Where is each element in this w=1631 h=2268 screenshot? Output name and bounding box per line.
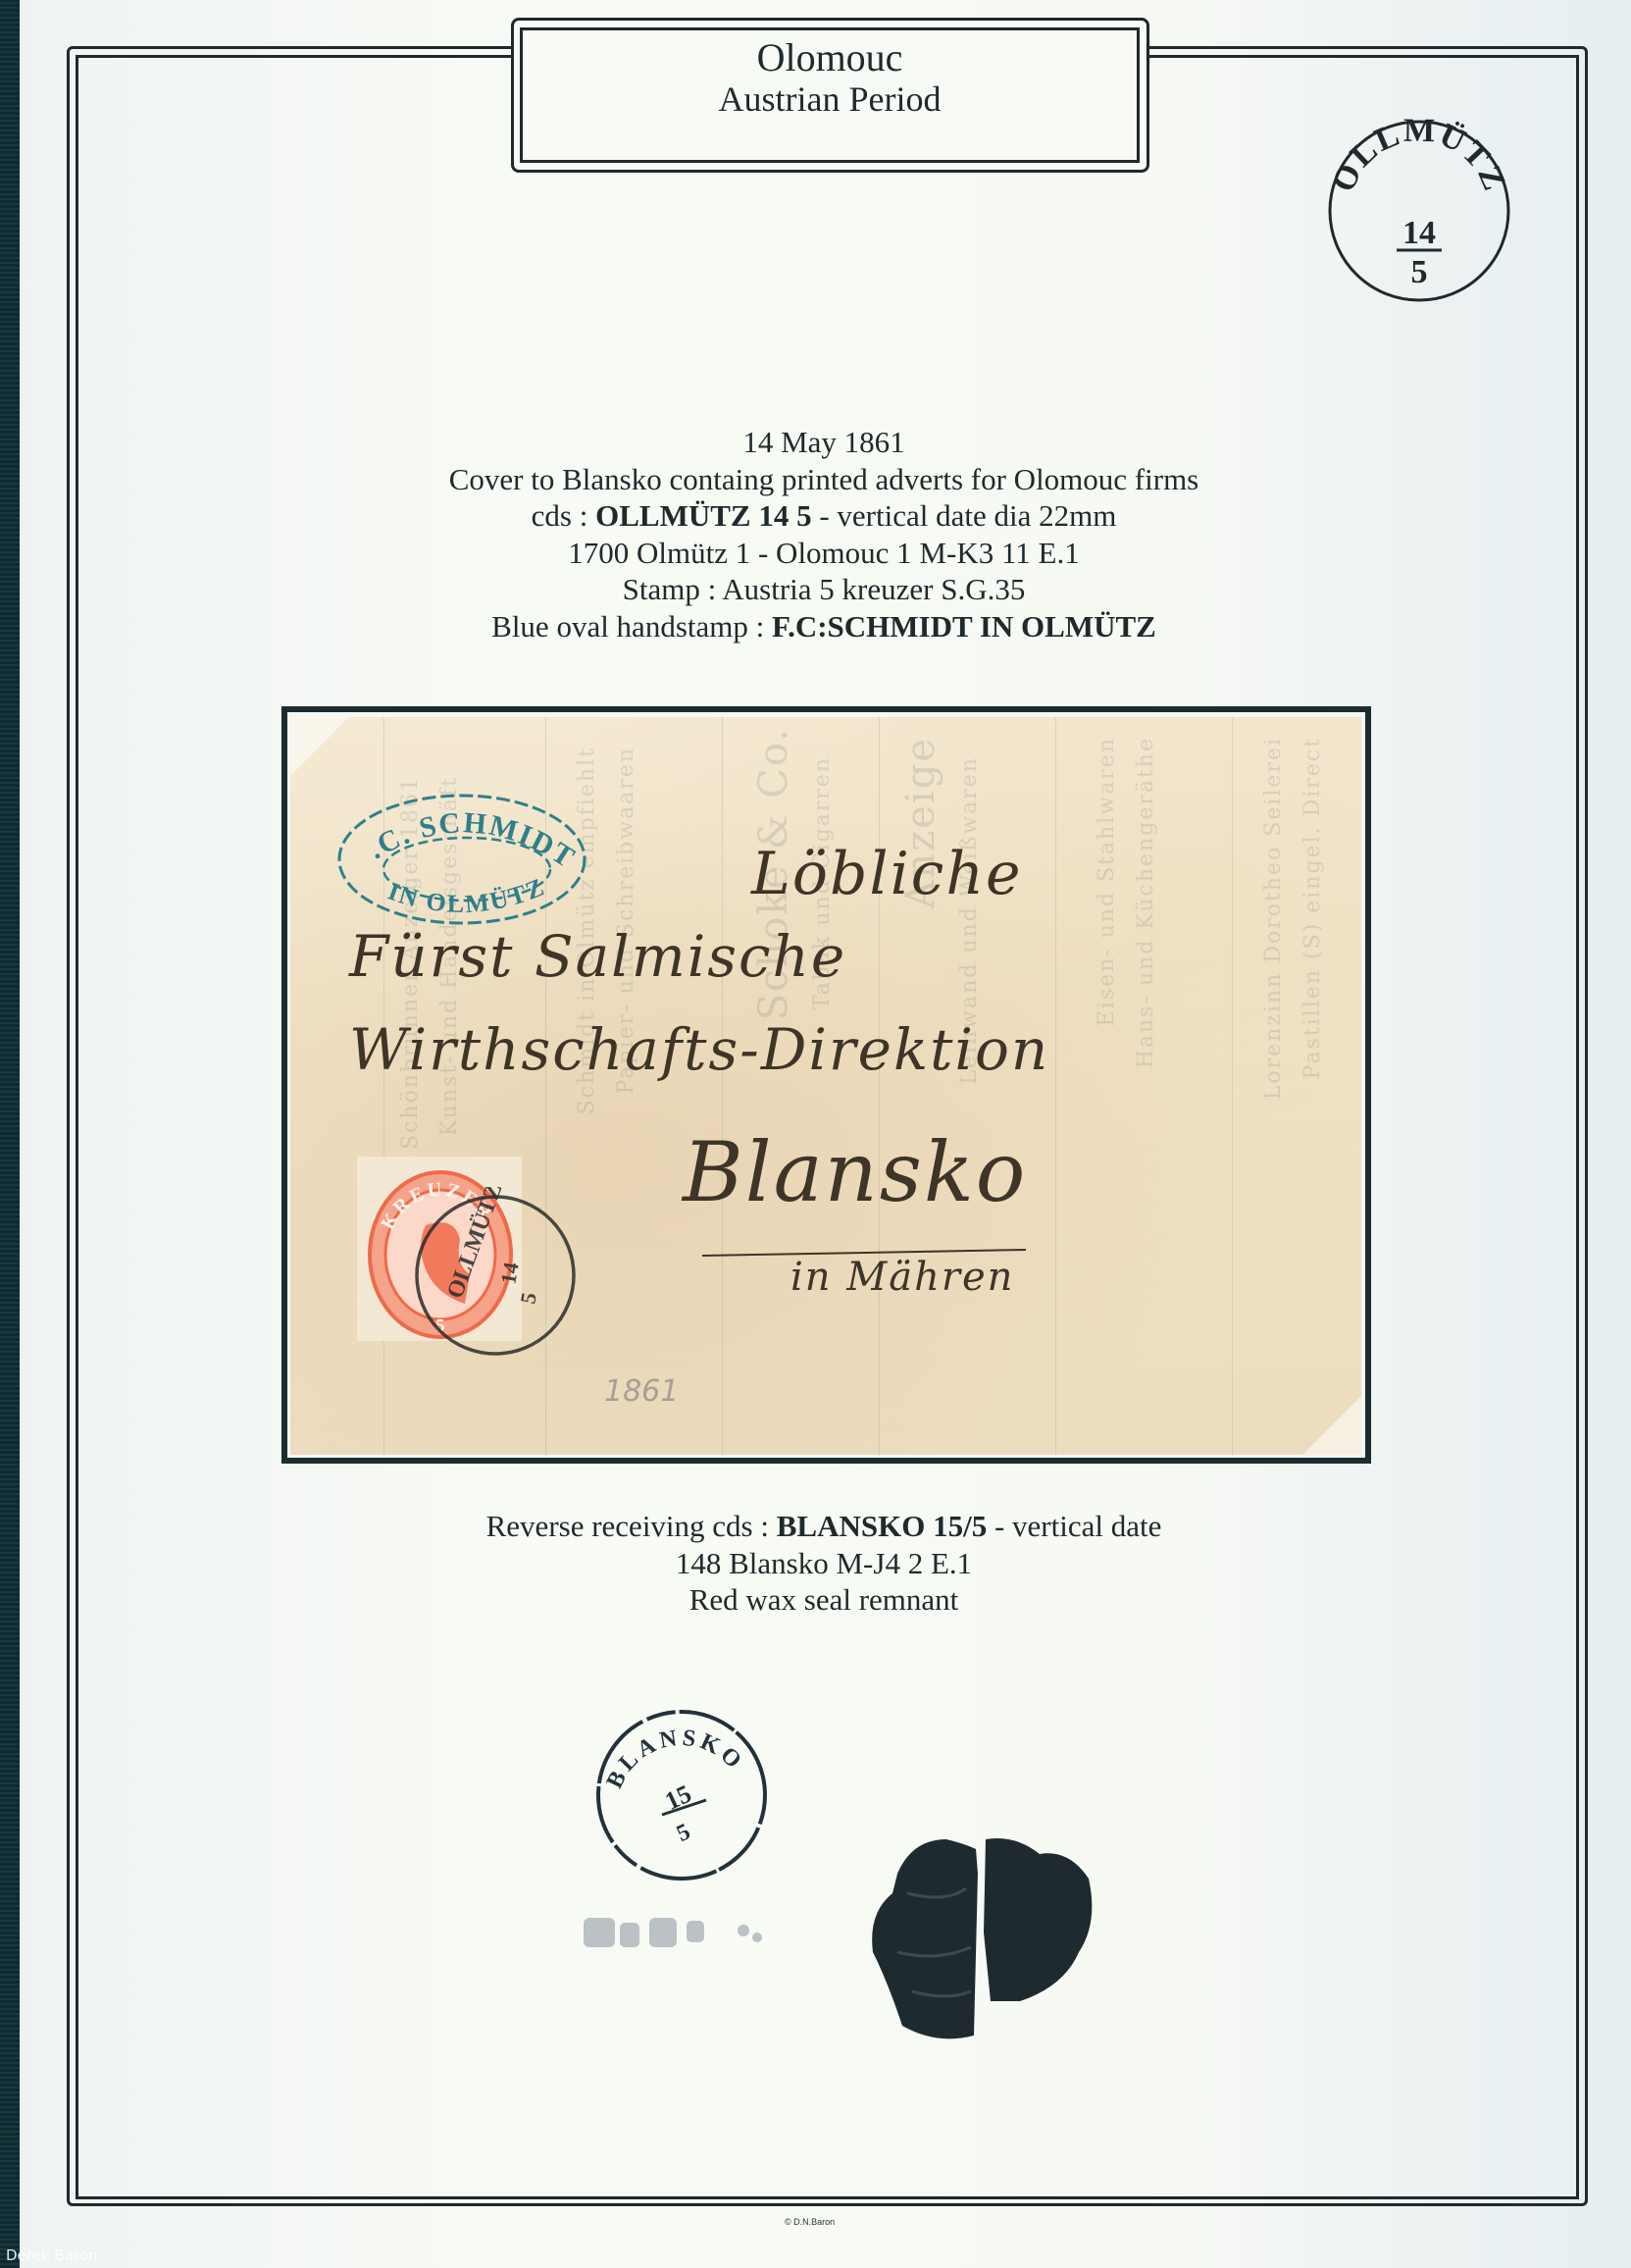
catalogue-reference: 1700 Olmütz 1 - Olomouc 1 M-K3 11 E.1 (118, 535, 1530, 572)
address-line-1: Löbliche (751, 840, 1023, 908)
wax-seal-description: Red wax seal remnant (118, 1581, 1530, 1619)
address-line-3: Wirthschafts-Direktion (349, 1016, 1049, 1083)
page-title: Olomouc (523, 36, 1137, 79)
address-line-2: Fürst Salmische (349, 923, 846, 990)
watermark: Derek Baron (6, 2246, 97, 2264)
cover-summary: Cover to Blansko containg printed advert… (118, 461, 1530, 498)
svg-text:14: 14 (1402, 215, 1436, 251)
receiving-cds-description: Reverse receiving cds : BLANSKO 15/5 - v… (118, 1508, 1530, 1545)
reverse-description: Reverse receiving cds : BLANSKO 15/5 - v… (118, 1508, 1530, 1619)
wax-seal-remnant (868, 1834, 1094, 2045)
faint-offset-marks (579, 1903, 794, 1962)
svg-text:IN OLMÜTZ: IN OLMÜTZ (384, 872, 550, 918)
svg-text:OLLMÜTZ: OLLMÜTZ (442, 1187, 507, 1302)
cds-description: cds : OLLMÜTZ 14 5 - vertical date dia 2… (118, 497, 1530, 535)
scan-edge-strip (0, 0, 20, 2268)
svg-text:5: 5 (1411, 254, 1428, 290)
mount-corner-bottom-right (1302, 1396, 1361, 1455)
mount-corner-top-left (290, 717, 349, 776)
address-line-4: Blansko (683, 1124, 1027, 1220)
svg-text:5: 5 (515, 1291, 541, 1306)
stamp-description: Stamp : Austria 5 kreuzer S.G.35 (118, 571, 1530, 608)
schmidt-oval-handstamp: F.C. SCHMIDT IN OLMÜTZ (330, 781, 594, 938)
handstamp-description: Blue oval handstamp : F.C:SCHMIDT IN OLM… (118, 608, 1530, 645)
svg-text:F.C. SCHMIDT: F.C. SCHMIDT (330, 781, 582, 875)
title-box: Olomouc Austrian Period (520, 27, 1140, 163)
cover-date: 14 May 1861 (118, 424, 1530, 461)
svg-text:14: 14 (495, 1261, 523, 1286)
blansko-catalogue-reference: 148 Blansko M-J4 2 E.1 (118, 1545, 1530, 1582)
ollmutz-postmark-on-cover: OLLMÜTZ 14 5 (407, 1187, 584, 1364)
ollmutz-cds-illustration: OLLMÜTZ 14 5 (1326, 118, 1512, 304)
svg-text:5: 5 (673, 1819, 694, 1847)
blansko-receiving-cds: BLANSKO 15 5 (588, 1702, 775, 1888)
pencil-year-note: 1861 (604, 1374, 679, 1409)
address-underline (702, 1247, 1026, 1259)
svg-text:OLLMÜTZ: OLLMÜTZ (1326, 118, 1512, 197)
address-line-5: in Mähren (790, 1255, 1014, 1300)
copyright-notice: © D.N.Baron (785, 2217, 835, 2227)
page-subtitle: Austrian Period (523, 79, 1137, 119)
cover-description: 14 May 1861 Cover to Blansko containg pr… (118, 424, 1530, 644)
